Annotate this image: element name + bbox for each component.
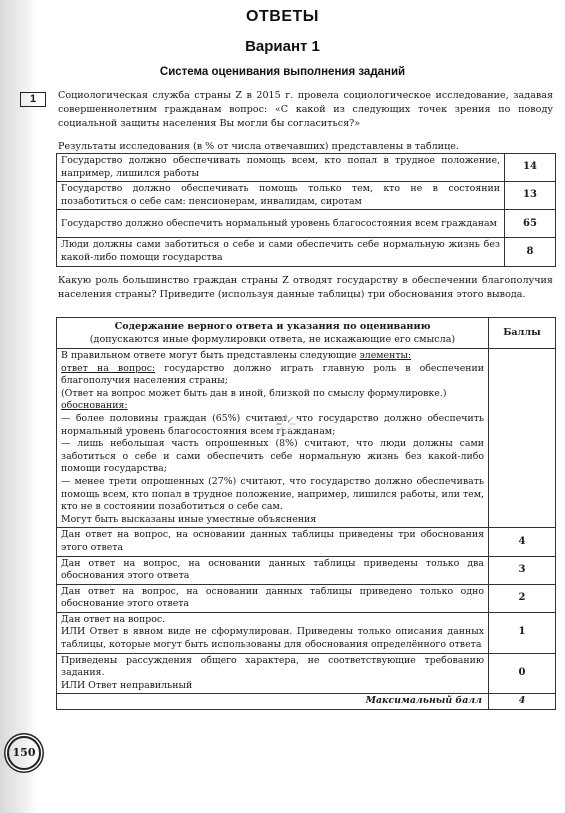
criteria-line: Приведены рассуждения общего характера, … xyxy=(61,655,484,680)
criteria-score: 2 xyxy=(489,584,556,612)
answer-elements-intro: В правильном ответе могут быть представл… xyxy=(61,350,484,363)
survey-statement: Государство должно обеспечивать помощь в… xyxy=(57,154,505,182)
answer-note: (Ответ на вопрос может быть дан в иной, … xyxy=(61,388,484,401)
page-number: 150 xyxy=(7,736,41,770)
grading-header-content: Содержание верного ответа и указания по … xyxy=(57,318,489,349)
criteria-row: Дан ответ на вопрос, на основании данных… xyxy=(57,584,556,612)
criteria-score: 0 xyxy=(489,653,556,694)
survey-percent: 13 xyxy=(505,182,556,210)
criteria-text: Дан ответ на вопрос. ИЛИ Ответ в явном в… xyxy=(57,612,489,653)
survey-results-table: Государство должно обеспечивать помощь в… xyxy=(56,153,556,267)
answer-row: В правильном ответе могут быть представл… xyxy=(57,349,556,528)
reason-3: — менее трети опрошенных (27%) считают, … xyxy=(61,476,484,514)
criteria-row: Дан ответ на вопрос. ИЛИ Ответ в явном в… xyxy=(57,612,556,653)
criteria-score: 4 xyxy=(489,528,556,556)
criteria-text: Дан ответ на вопрос, на основании данных… xyxy=(57,528,489,556)
survey-statement: Государство должно обеспечивать помощь т… xyxy=(57,182,505,210)
book-spine-shadow xyxy=(0,0,38,813)
reason-1: — более половины граждан (65%) считают, … xyxy=(61,413,484,438)
criteria-score: 3 xyxy=(489,556,556,584)
criteria-row: Дан ответ на вопрос, на основании данных… xyxy=(57,556,556,584)
survey-statement: Государство должно обеспечить нормальный… xyxy=(57,210,505,238)
table-row: Государство должно обеспечивать помощь т… xyxy=(57,182,556,210)
grading-table: Содержание верного ответа и указания по … xyxy=(56,317,556,710)
criteria-line: ИЛИ Ответ неправильный xyxy=(61,680,484,693)
header-main-text: Содержание верного ответа и указания по … xyxy=(115,321,431,332)
max-score-row: Максимальный балл 4 xyxy=(57,694,556,710)
task-question-text: Какую роль большинство граждан страны Z … xyxy=(58,274,553,302)
survey-statement: Люди должны сами заботиться о себе и сам… xyxy=(57,238,505,266)
survey-percent: 65 xyxy=(505,210,556,238)
criteria-score: 1 xyxy=(489,612,556,653)
max-score-label: Максимальный балл xyxy=(57,694,489,710)
answer-content: В правильном ответе могут быть представл… xyxy=(57,349,489,528)
answer-score-empty xyxy=(489,349,556,528)
header-sub-text: (допускаются иные формулировки ответа, н… xyxy=(61,333,484,346)
table-row: Люди должны сами заботиться о себе и сам… xyxy=(57,238,556,266)
grading-header-score: Баллы xyxy=(489,318,556,349)
loading-spinner-icon xyxy=(275,413,297,435)
survey-percent: 14 xyxy=(505,154,556,182)
table-row: Государство должно обеспечить нормальный… xyxy=(57,210,556,238)
criteria-text: Дан ответ на вопрос, на основании данных… xyxy=(57,556,489,584)
reasons-label: обоснования: xyxy=(61,400,484,413)
grading-header-row: Содержание верного ответа и указания по … xyxy=(57,318,556,349)
section-subtitle: Система оценивания выполнения заданий xyxy=(0,66,565,78)
task-intro-text: Социологическая служба страны Z в 2015 г… xyxy=(58,89,553,132)
criteria-text: Дан ответ на вопрос, на основании данных… xyxy=(57,584,489,612)
variant-heading: Вариант 1 xyxy=(0,38,565,55)
criteria-row: Приведены рассуждения общего характера, … xyxy=(57,653,556,694)
criteria-text: Приведены рассуждения общего характера, … xyxy=(57,653,489,694)
criteria-line: Дан ответ на вопрос. xyxy=(61,614,484,627)
other-explanations: Могут быть высказаны иные уместные объяс… xyxy=(61,514,484,527)
page-title: ОТВЕТЫ xyxy=(0,8,565,26)
table-row: Государство должно обеспечивать помощь в… xyxy=(57,154,556,182)
max-score-value: 4 xyxy=(489,694,556,710)
answer-to-question: ответ на вопрос: государство должно игра… xyxy=(61,363,484,388)
reason-2: — лишь небольшая часть опрошенных (8%) с… xyxy=(61,438,484,476)
criteria-line: ИЛИ Ответ в явном виде не сформулирован.… xyxy=(61,626,484,651)
elements-label: элементы: xyxy=(360,350,412,361)
answer-label: ответ на вопрос: xyxy=(61,363,155,374)
task-number-badge: 1 xyxy=(20,92,46,107)
survey-percent: 8 xyxy=(505,238,556,266)
answer-intro-text: В правильном ответе могут быть представл… xyxy=(61,350,360,361)
criteria-row: Дан ответ на вопрос, на основании данных… xyxy=(57,528,556,556)
